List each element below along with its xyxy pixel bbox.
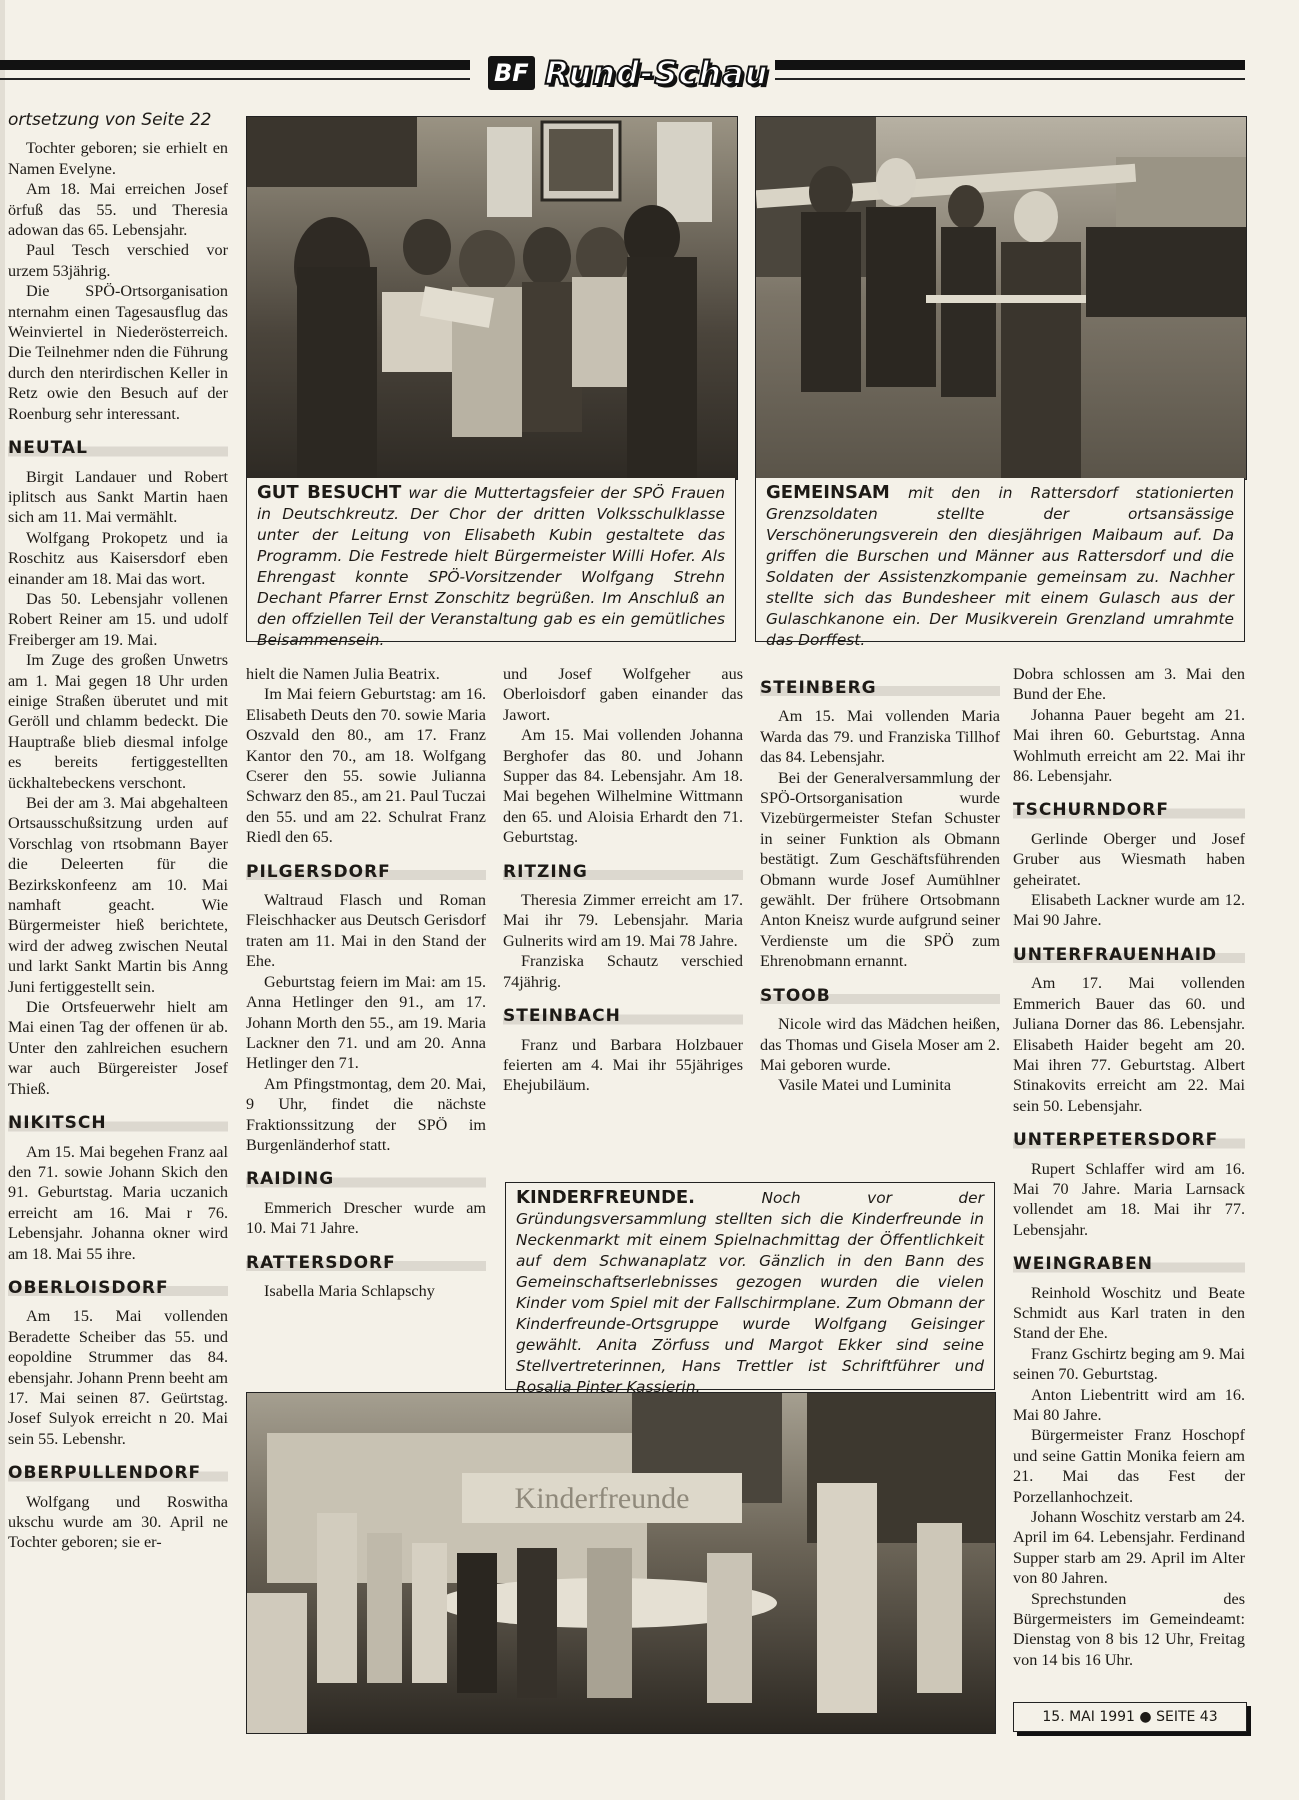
section-heading: Weingraben — [1013, 1252, 1245, 1274]
continuation-kicker: ortsetzung von Seite 22 — [8, 110, 228, 130]
kinderfreunde-box: KINDERFREUNDE. Noch vor der Gründungsver… — [505, 1182, 995, 1390]
box-lead: KINDERFREUNDE. — [516, 1187, 695, 1208]
page-edge — [0, 0, 5, 1800]
paragraph: Johanna Pauer begeht am 21. Mai ihren 60… — [1013, 705, 1245, 787]
paragraph: Reinhold Woschitz und Beate Schmidt aus … — [1013, 1283, 1245, 1344]
paragraph: Das 50. Lebensjahr vollenen Robert Reine… — [8, 589, 228, 650]
masthead-logo: BF Rund-Schau — [488, 54, 769, 92]
paragraph: Geburtstag feiern im Mai: am 15. Anna He… — [246, 972, 486, 1074]
paragraph: Im Zuge des großen Unwetrs am 1. Mai geg… — [8, 650, 228, 793]
caption-text: war die Muttertagsfeier der SPÖ Frauen i… — [257, 484, 725, 649]
column-4-sections: SteinbergAm 15. Mai vollenden Maria Ward… — [760, 676, 1000, 1096]
paragraph: Anton Liebentritt wird am 16. Mai 80 Jah… — [1013, 1385, 1245, 1426]
paragraph: Sprechstunden des Bürgermeisters im Geme… — [1013, 1589, 1245, 1671]
paragraph: Elisabeth Lackner wurde am 12. Mai 90 Ja… — [1013, 890, 1245, 931]
paragraph: Die SPÖ-Ortsorganisation nternahm einen … — [8, 281, 228, 424]
header-rule-right — [775, 60, 1245, 70]
section-heading: Ritzing — [503, 860, 743, 882]
paragraph: hielt die Namen Julia Beatrix. — [246, 664, 486, 684]
section-heading: Unterpetersdorf — [1013, 1128, 1245, 1150]
paragraph: Bürgermeister Franz Hoschopf und seine G… — [1013, 1425, 1245, 1507]
column-5-sections: TschurndorfGerlinde Oberger und Josef Gr… — [1013, 798, 1245, 1670]
paragraph: Am 18. Mai erreichen Josef örfuß das 55.… — [8, 179, 228, 240]
column-1: ortsetzung von Seite 22 Tochter geboren;… — [8, 110, 228, 1553]
paragraph: Rupert Schlaffer wird am 16. Mai 70 Jahr… — [1013, 1159, 1245, 1241]
paragraph: Vasile Matei und Luminita — [760, 1075, 1000, 1095]
paragraph: Nicole wird das Mädchen heißen, das Thom… — [760, 1014, 1000, 1075]
paragraph: Wolfgang Prokopetz und ia Roschitz aus K… — [8, 528, 228, 589]
section-heading: Steinbach — [503, 1004, 743, 1026]
paragraph: Franziska Schautz verschied 74jährig. — [503, 951, 743, 992]
paragraph: Am 15. Mai vollenden Maria Warda das 79.… — [760, 706, 1000, 767]
column-1-sections: NeutalBirgit Landauer und Robert iplitsc… — [8, 436, 228, 1553]
column-3-sections: RitzingTheresia Zimmer erreicht am 17. M… — [503, 860, 743, 1096]
paragraph: Die Ortsfeuerwehr hielt am Mai einen Tag… — [8, 997, 228, 1099]
column-1-intro: Tochter geboren; sie erhielt en Namen Ev… — [8, 138, 228, 424]
box-text: Noch vor der Gründungsversammlung stellt… — [516, 1189, 984, 1396]
paragraph: Am 15. Mai begehen Franz aal den 71. sow… — [8, 1142, 228, 1264]
section-heading: Steinberg — [760, 676, 1000, 698]
photo-kinderfreunde: Kinderfreunde — [246, 1392, 996, 1734]
caption-lead: GEMEINSAM — [766, 482, 890, 503]
paragraph: und Josef Wolfgeher aus Oberloisdorf gab… — [503, 664, 743, 725]
paragraph: Franz und Barbara Holzbauer feierten am … — [503, 1035, 743, 1096]
paragraph: Johann Woschitz verstarb am 24. April im… — [1013, 1507, 1245, 1589]
header-rule-left-thin — [0, 78, 470, 80]
section-heading: Oberloisdorf — [8, 1276, 228, 1298]
photo-choir — [246, 116, 738, 480]
caption-choir: GUT BESUCHT war die Muttertagsfeier der … — [246, 478, 736, 642]
column-4: SteinbergAm 15. Mai vollenden Maria Ward… — [760, 664, 1000, 1096]
column-5: Dobra schlossen am 3. Mai den Bund der E… — [1013, 664, 1245, 1670]
column-5-top: Dobra schlossen am 3. Mai den Bund der E… — [1013, 664, 1245, 786]
header-rule-left — [0, 60, 470, 70]
caption-text: mit den in Rattersdorf stationierten Gre… — [766, 484, 1234, 649]
section-heading: Stoob — [760, 984, 1000, 1006]
logo-mark: BF — [488, 56, 535, 90]
column-3-top: und Josef Wolfgeher aus Oberloisdorf gab… — [503, 664, 743, 848]
column-2-top: hielt die Namen Julia Beatrix.Im Mai fei… — [246, 664, 486, 848]
paragraph: Franz Gschirtz beging am 9. Mai seinen 7… — [1013, 1344, 1245, 1385]
maypole-photo-image — [756, 117, 1246, 479]
section-heading: Tschurndorf — [1013, 798, 1245, 820]
section-heading: Raiding — [246, 1167, 486, 1189]
paragraph: Gerlinde Oberger und Josef Gruber aus Wi… — [1013, 829, 1245, 890]
page-number: SEITE 43 — [1156, 1709, 1218, 1725]
masthead-title: Rund-Schau — [545, 54, 769, 92]
paragraph: Im Mai feiern Geburtstag: am 16. Elisabe… — [246, 684, 486, 847]
paragraph: Isabella Maria Schlapschy — [246, 1281, 486, 1301]
choir-photo-image — [247, 117, 737, 479]
section-heading: Neutal — [8, 436, 228, 458]
paragraph: Paul Tesch verschied vor urzem 53jährig. — [8, 240, 228, 281]
svg-text:Kinderfreunde: Kinderfreunde — [515, 1482, 690, 1515]
paragraph: Am 15. Mai vollenden Beradette Scheiber … — [8, 1306, 228, 1449]
column-2: hielt die Namen Julia Beatrix.Im Mai fei… — [246, 664, 486, 1301]
caption-lead: GUT BESUCHT — [257, 482, 401, 503]
header-rule-right-thin — [775, 78, 1245, 80]
caption-maypole: GEMEINSAM mit den in Rattersdorf station… — [755, 478, 1245, 642]
paragraph: Dobra schlossen am 3. Mai den Bund der E… — [1013, 664, 1245, 705]
paragraph: Am 17. Mai vollenden Emmerich Bauer das … — [1013, 973, 1245, 1116]
section-heading: Unterfrauenhaid — [1013, 943, 1245, 965]
section-heading: Pilgersdorf — [246, 860, 486, 882]
page-footer: 15. MAI 1991 ● SEITE 43 — [1013, 1702, 1247, 1732]
photo-maypole — [755, 116, 1247, 480]
section-heading: Nikitsch — [8, 1111, 228, 1133]
column-2-sections: PilgersdorfWaltraud Flasch und Roman Fle… — [246, 860, 486, 1302]
paragraph: Wolfgang und Roswitha ukschu wurde am 30… — [8, 1492, 228, 1553]
paragraph: Tochter geboren; sie erhielt en Namen Ev… — [8, 138, 228, 179]
section-heading: Oberpullendorf — [8, 1461, 228, 1483]
paragraph: Emmerich Drescher wurde am 10. Mai 71 Ja… — [246, 1198, 486, 1239]
column-3: und Josef Wolfgeher aus Oberloisdorf gab… — [503, 664, 743, 1096]
bullet-icon: ● — [1139, 1709, 1151, 1725]
section-heading: Rattersdorf — [246, 1251, 486, 1273]
paragraph: Am Pfingstmontag, dem 20. Mai, 9 Uhr, fi… — [246, 1074, 486, 1156]
paragraph: Birgit Landauer und Robert iplitsch aus … — [8, 467, 228, 528]
paragraph: Am 15. Mai vollenden Johanna Berghofer d… — [503, 725, 743, 847]
kinderfreunde-photo-image: Kinderfreunde — [247, 1393, 995, 1733]
paragraph: Theresia Zimmer erreicht am 17. Mai ihr … — [503, 890, 743, 951]
paragraph: Bei der Generalversammlung der SPÖ-Ortso… — [760, 768, 1000, 972]
issue-date: 15. MAI 1991 — [1042, 1709, 1135, 1725]
paragraph: Waltraud Flasch und Roman Fleischhacker … — [246, 890, 486, 972]
paragraph: Bei der am 3. Mai abgehalteen Ortsaussch… — [8, 793, 228, 997]
